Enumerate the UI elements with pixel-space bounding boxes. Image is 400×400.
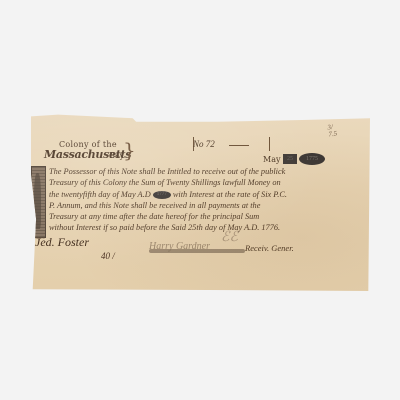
bay-label: Bay [109,151,124,160]
note-number-dash [229,145,249,146]
body-line: P. Annum, and this Note shall be receive… [49,200,364,211]
date-day-stamp: 25 [283,154,297,164]
value-notation: 40 / [101,251,115,261]
corner-notation: 3/ 7.5 [327,123,338,138]
date-month: May [263,155,280,164]
date-year-seal: 1775 [299,153,325,165]
image-stage: 3/ 7.5 Colony of the Massachusetts Bay }… [0,0,400,400]
body-line: without Interest if so paid before the S… [49,222,364,233]
body-line-part: the twentyfifth day of May A.D [49,190,151,199]
engraved-vignette-icon [31,166,46,238]
body-line: Treasury at any time after the date here… [49,211,364,222]
body-line: The Possessor of this Note shall be Inti… [49,166,364,177]
body-line: the twentyfifth day of May A.D 1777 with… [49,189,364,200]
signature-strikethrough [149,249,245,253]
payee-signature: Jed. Foster [35,235,89,250]
note-number: No 72 [193,139,215,149]
inline-year-seal: 1777 [153,191,171,199]
signature-flourish-icon: ℰℰ [221,229,238,246]
note-body-text: The Possessor of this Note shall be Inti… [49,166,364,234]
body-line: Treasury of this Colony the Sum of Twent… [49,177,364,188]
treasury-note: 3/ 7.5 Colony of the Massachusetts Bay }… [31,111,370,291]
corner-notation-bottom: 7.5 [328,130,338,138]
receiver-general-title: Receiv. Gener. [245,243,294,253]
body-line-part: with Interest at the rate of Six P.C. [173,190,287,199]
brace-ornament-icon: } [123,138,136,162]
